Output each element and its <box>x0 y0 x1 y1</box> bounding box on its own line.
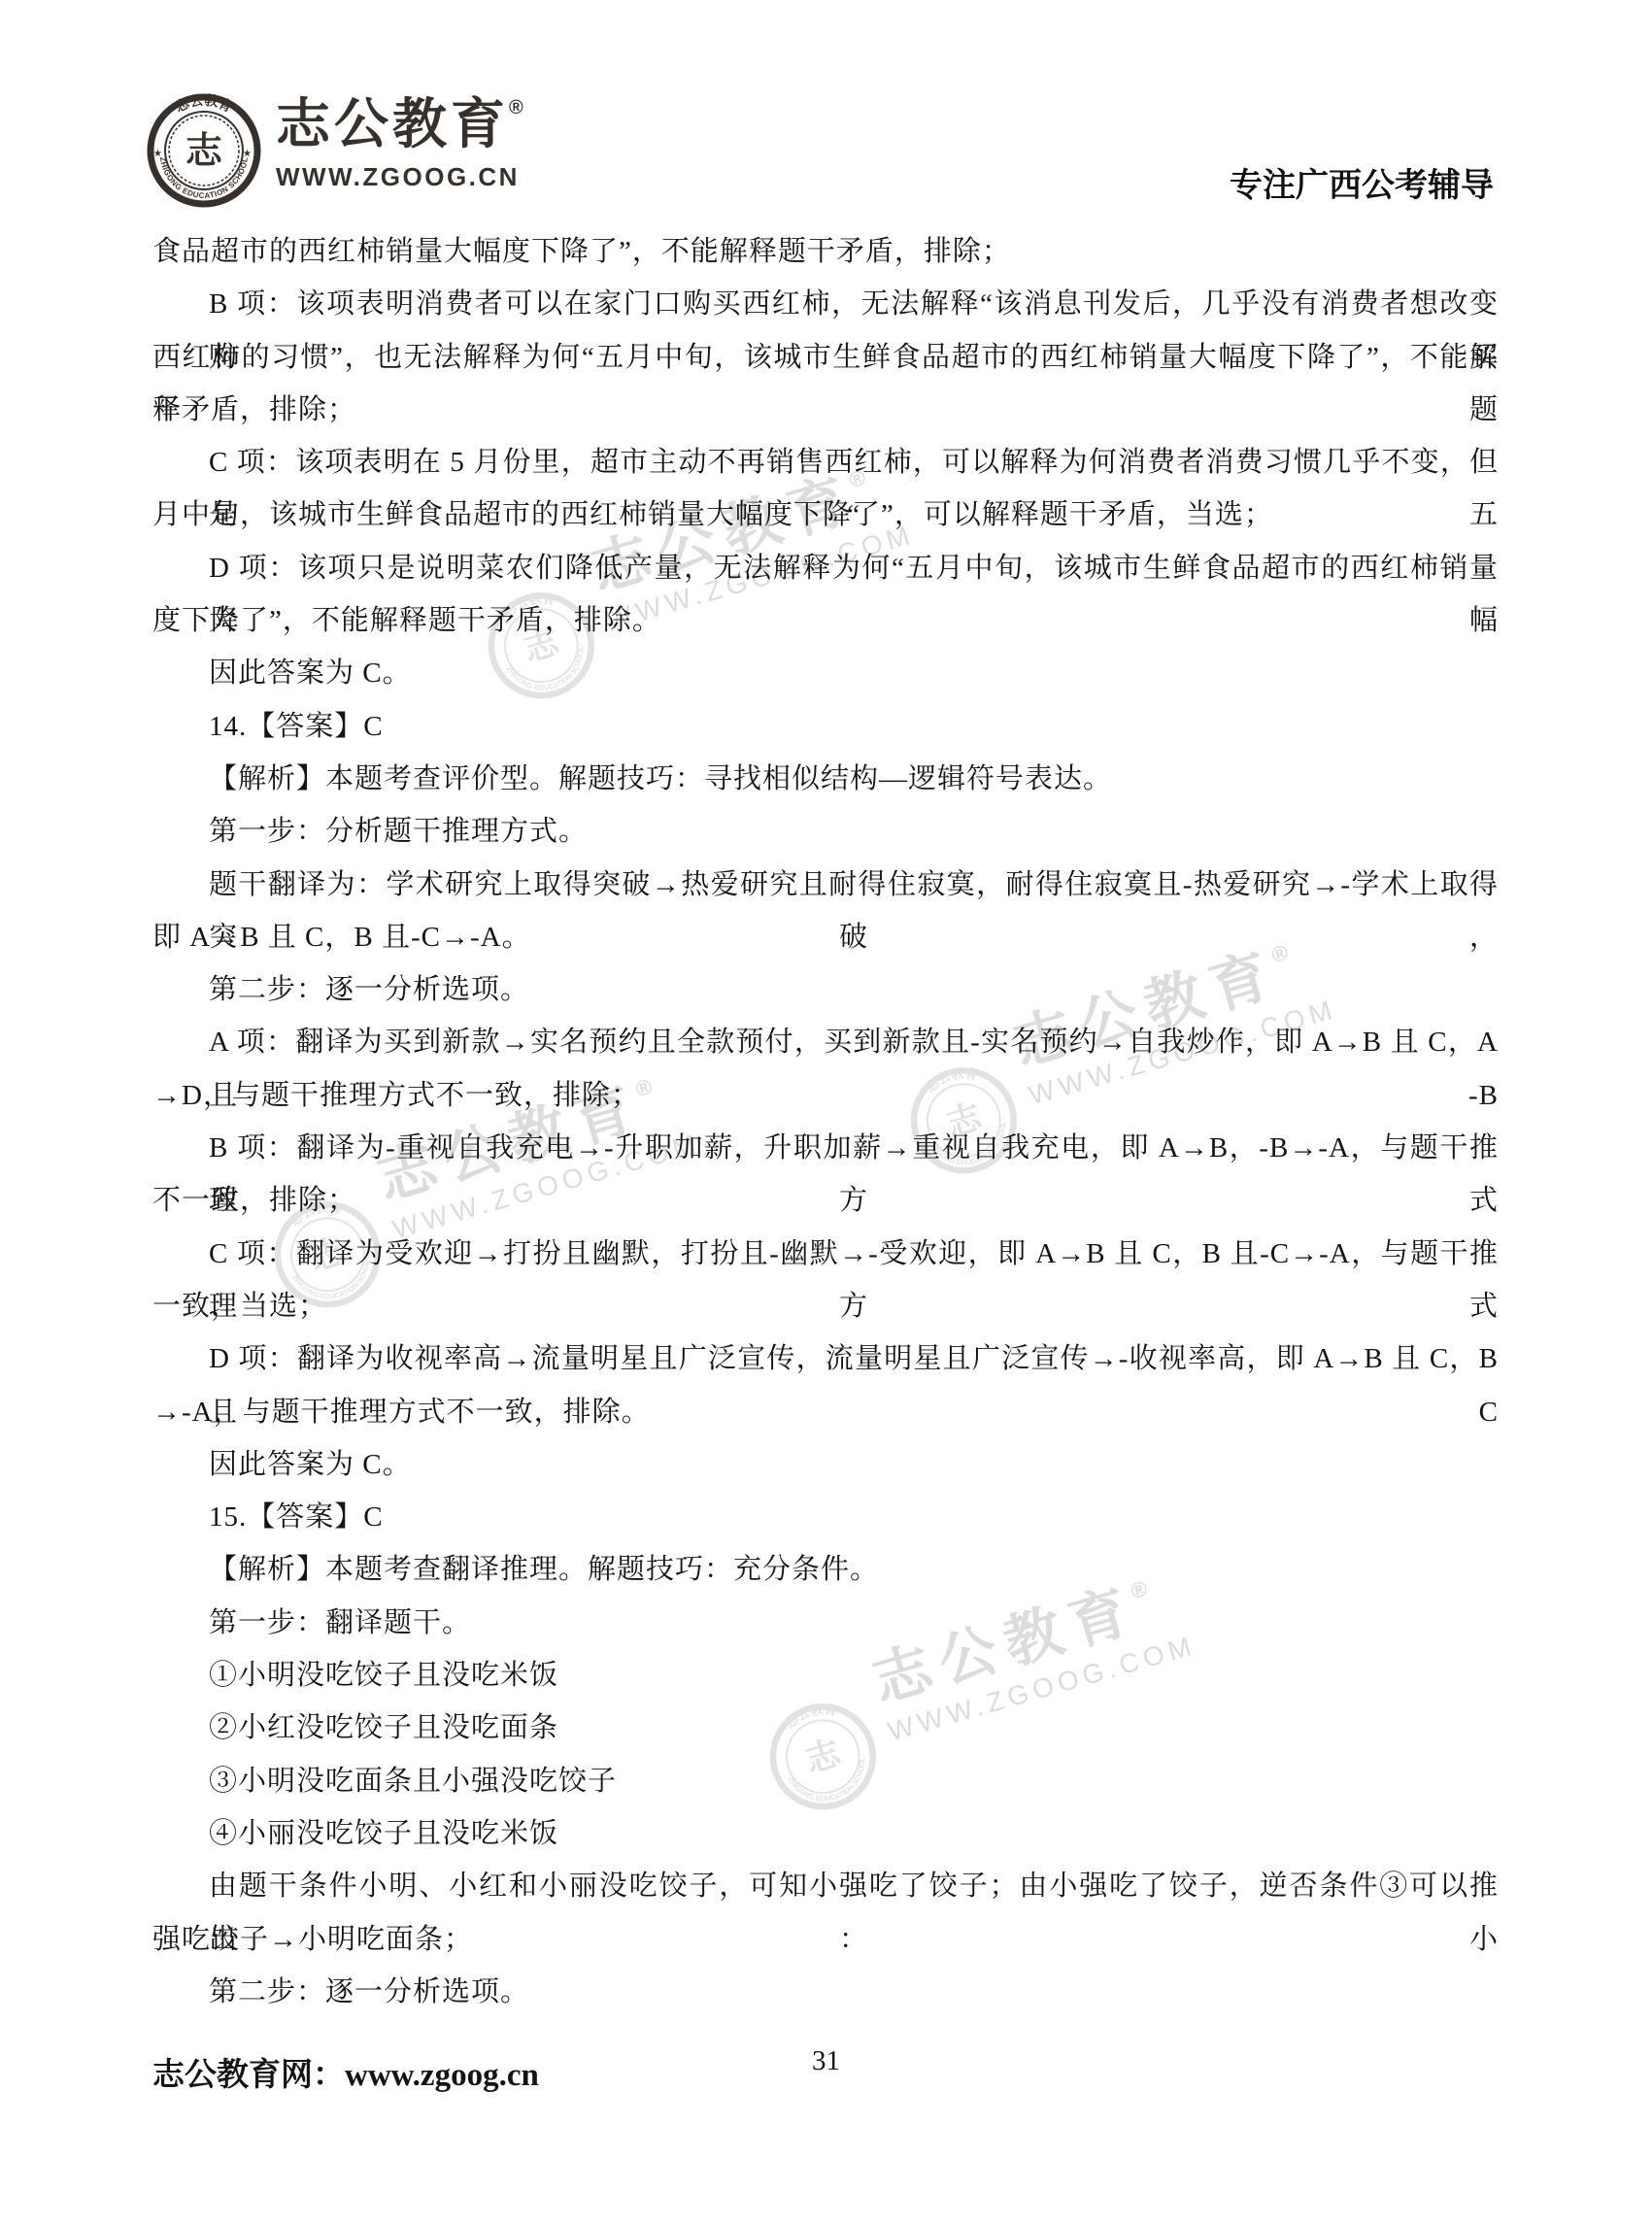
text-line: D 项：该项只是说明菜农们降低产量，无法解释为何“五月中旬，该城市生鲜食品超市的… <box>152 542 1499 594</box>
text-line: 因此答案为 C。 <box>152 647 1499 699</box>
seal-star-left: ★ <box>153 149 162 159</box>
logo-wordmark: 志公教育® WWW.ZGOOG.CN <box>276 97 527 192</box>
text-line: ①小明没吃饺子且没吃米饭 <box>152 1649 1499 1702</box>
text-line: B 项：该项表明消费者可以在家门口购买西红柿，无法解释“该消息刊发后，几乎没有消… <box>152 278 1499 330</box>
text-line: D 项：翻译为收视率高→流量明星且广泛宣传，流量明星且广泛宣传→-收视率高，即 … <box>152 1332 1499 1385</box>
registered-mark-icon: ® <box>509 97 527 118</box>
text-line: A 项：翻译为买到新款→实名预约且全款预付，买到新款且-实名预约→自我炒作，即 … <box>152 1016 1499 1068</box>
document-page: 志公教育 ZHIGONG EDUCATION SCHOOL 志 ★ ★ 志公教育… <box>0 0 1652 2225</box>
text-line: 题干翻译为：学术研究上取得突破→热爱研究且耐得住寂寞，耐得住寂寞且-热爱研究→-… <box>152 859 1499 911</box>
logo-website-url: WWW.ZGOOG.CN <box>276 162 527 192</box>
footer-site-link: 志公教育网：www.zgoog.cn <box>152 2049 539 2095</box>
text-line: 第一步：翻译题干。 <box>152 1597 1499 1649</box>
text-line: 【解析】本题考查翻译推理。解题技巧：充分条件。 <box>152 1543 1499 1596</box>
text-line: C 项：该项表明在 5 月份里，超市主动不再销售西红柿，可以解释为何消费者消费习… <box>152 436 1499 489</box>
text-line: B 项：翻译为-重视自我充电→-升职加薪，升职加薪→重视自我充电，即 A→B，-… <box>152 1122 1499 1174</box>
page-number: 31 <box>812 2045 840 2077</box>
document-body: 食品超市的西红柿销量大幅度下降了”，不能解释题干矛盾，排除； B 项：该项表明消… <box>152 225 1499 2018</box>
header-tagline: 专注广西公考辅导 <box>1230 158 1494 206</box>
text-line: 第二步：逐一分析选项。 <box>152 963 1499 1016</box>
text-line: 由题干条件小明、小红和小丽没吃饺子，可知小强吃了饺子；由小强吃了饺子，逆否条件③… <box>152 1860 1499 1912</box>
text-line: ③小明没吃面条且小强没吃饺子 <box>152 1755 1499 1807</box>
seal-icon: 志公教育 ZHIGONG EDUCATION SCHOOL 志 ★ ★ <box>146 92 262 209</box>
text-line: 15.【答案】C <box>152 1491 1499 1543</box>
text-line: 第二步：逐一分析选项。 <box>152 1966 1499 2018</box>
logo-brand-name: 志公教育® <box>276 97 527 152</box>
text-line: 14.【答案】C <box>152 700 1499 753</box>
text-line: ④小丽没吃饺子且没吃米饭 <box>152 1807 1499 1860</box>
logo-brand-cn: 志公教育 <box>276 93 509 154</box>
text-line: 食品超市的西红柿销量大幅度下降了”，不能解释题干矛盾，排除； <box>152 225 1499 278</box>
seal-center-glyph: 志 <box>185 131 223 172</box>
text-line: C 项：翻译为受欢迎→打扮且幽默，打扮且-幽默→-受欢迎，即 A→B 且 C，B… <box>152 1228 1499 1280</box>
brand-seal-logo: 志公教育 ZHIGONG EDUCATION SCHOOL 志 ★ ★ <box>146 92 262 209</box>
text-line: 西红柿的习惯”，也无法解释为何“五月中旬，该城市生鲜食品超市的西红柿销量大幅度下… <box>152 331 1499 384</box>
seal-star-right: ★ <box>243 149 252 159</box>
text-line: ②小红没吃饺子且没吃面条 <box>152 1702 1499 1754</box>
text-line: 【解析】本题考查评价型。解题技巧：寻找相似结构—逻辑符号表达。 <box>152 753 1499 805</box>
text-line: 第一步：分析题干推理方式。 <box>152 805 1499 858</box>
text-line: 因此答案为 C。 <box>152 1438 1499 1491</box>
